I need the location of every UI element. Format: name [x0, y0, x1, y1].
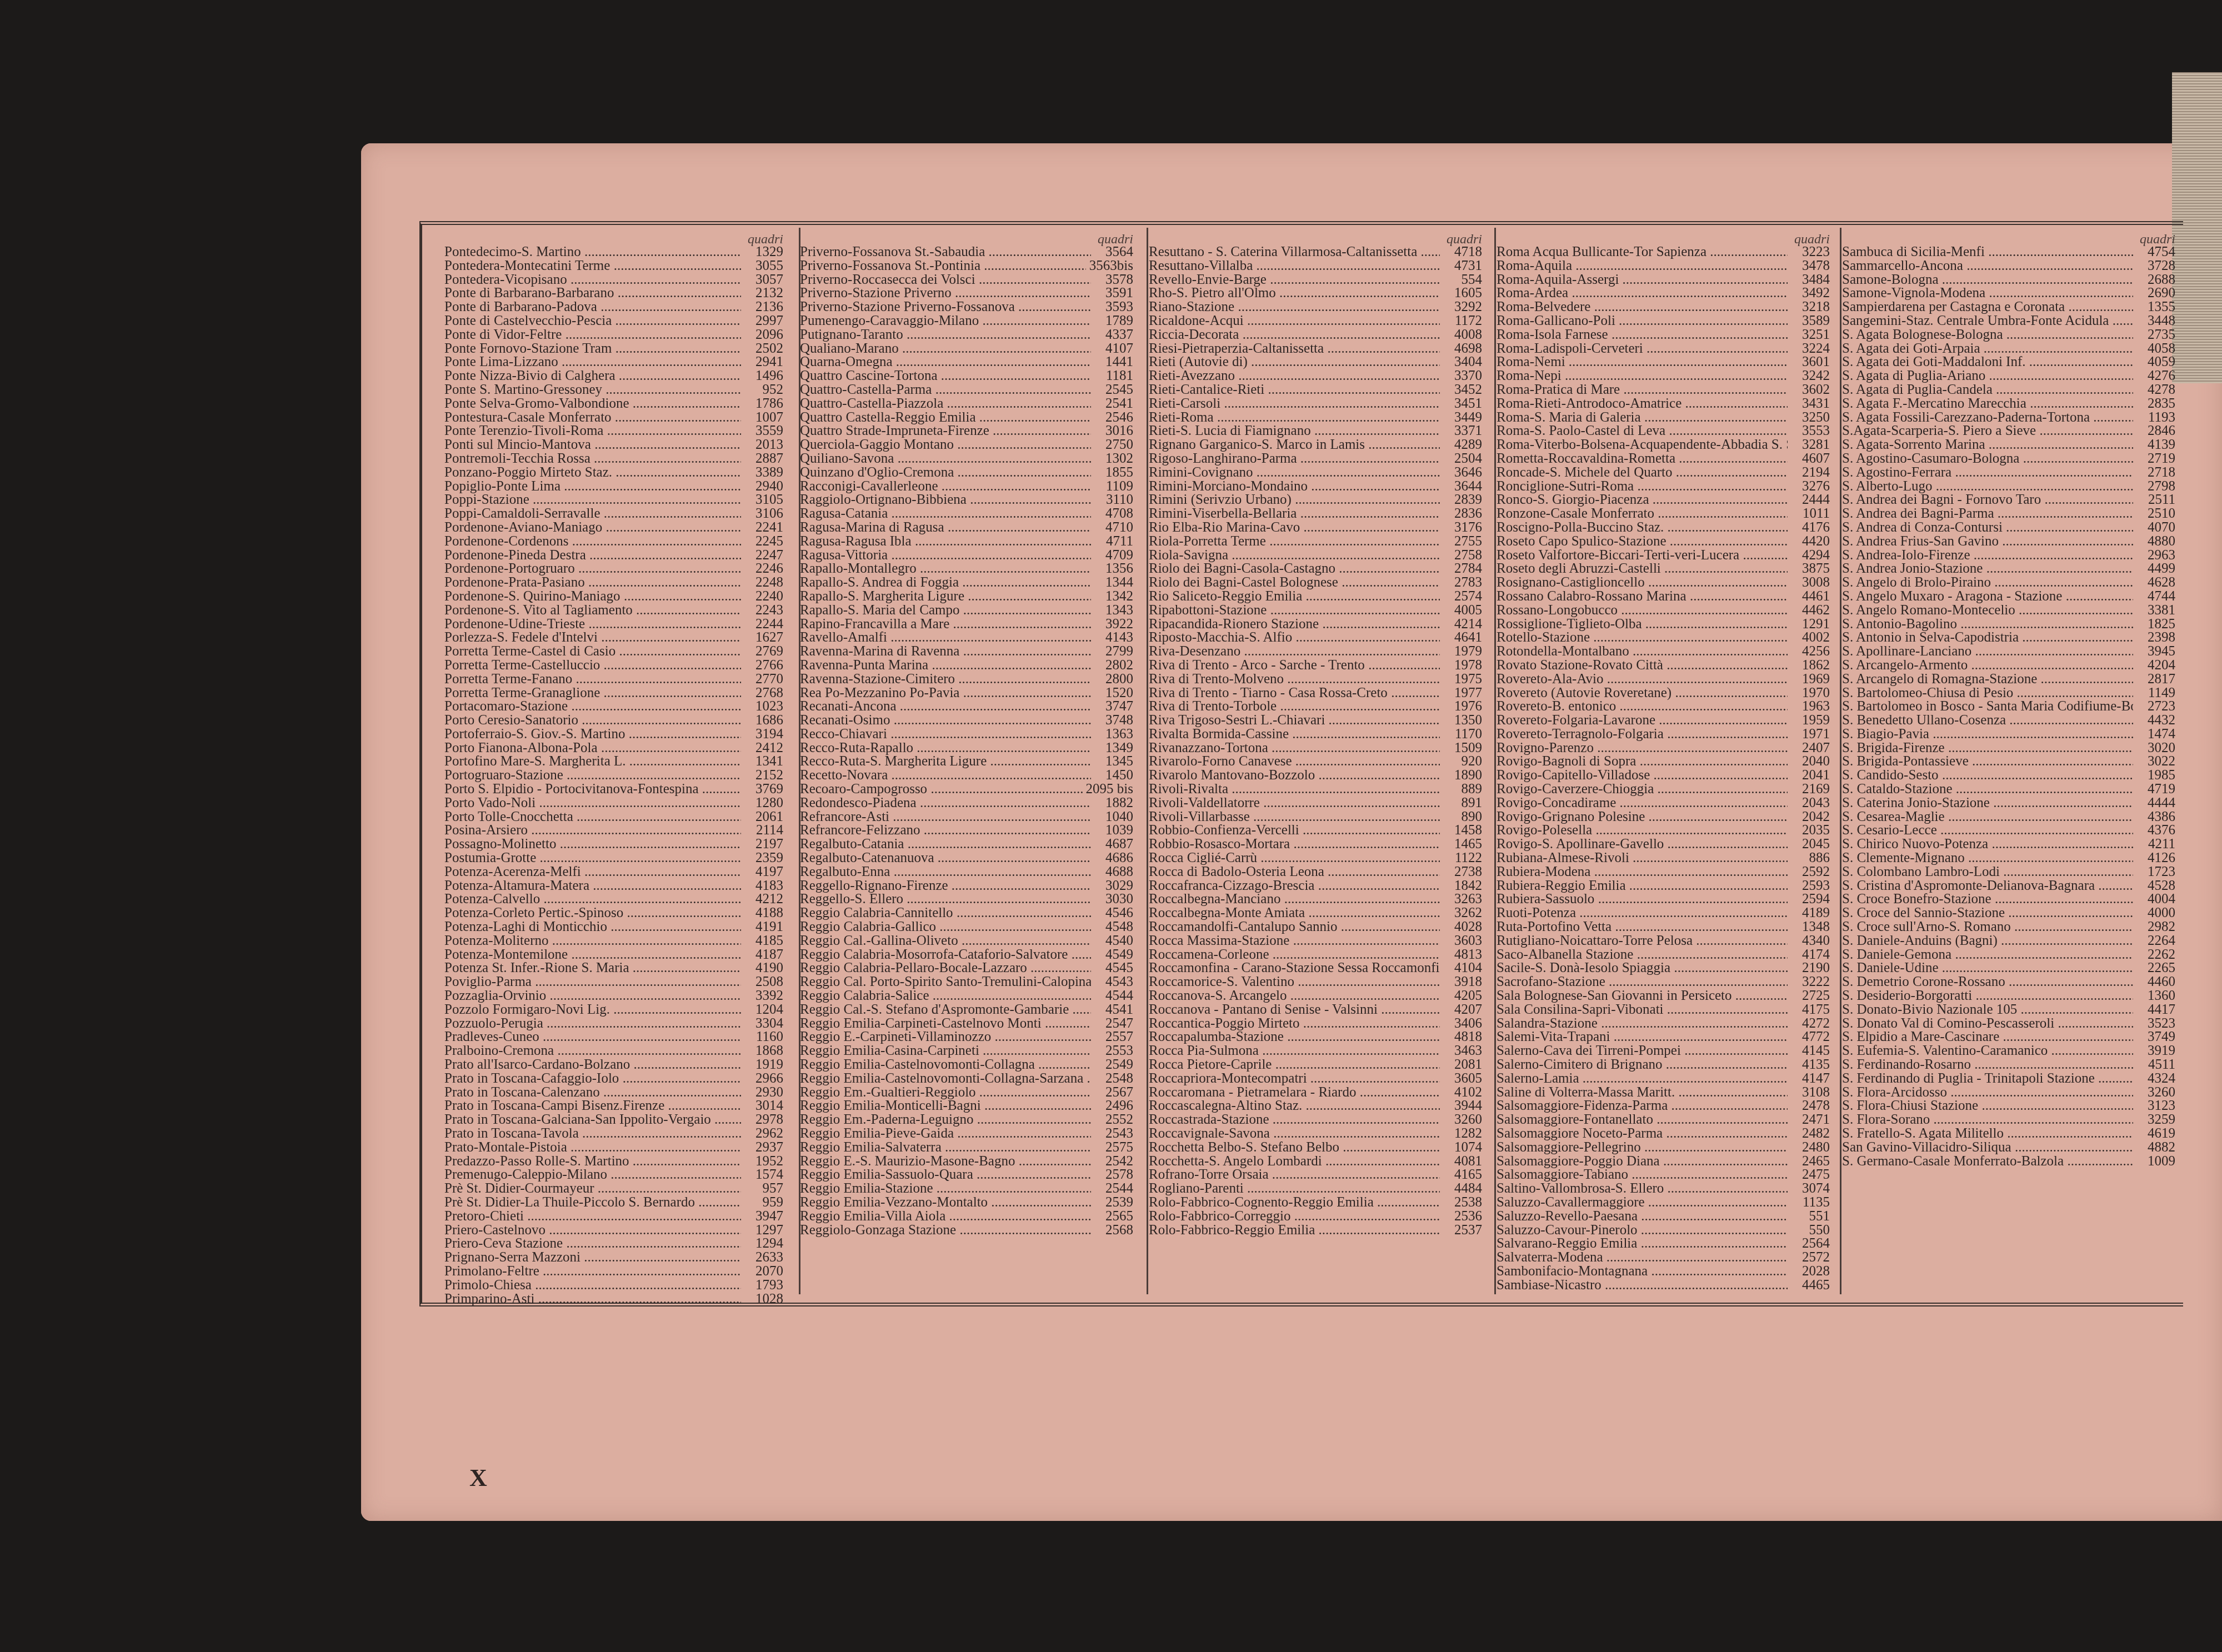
entry-quadri: 2265 [2133, 962, 2175, 975]
entry-quadri: 4709 [1091, 549, 1133, 563]
entry-quadri: 2541 [1091, 397, 1133, 411]
index-entry: Roccalbegna-Monte Amiata3262 [1149, 907, 1482, 920]
entry-quadri: 2247 [741, 549, 783, 563]
entry-name: Ragusa-Vittoria [800, 549, 1091, 563]
entry-name: Sacile-S. Donà-Iesolo Spiaggia [1497, 962, 1788, 975]
entry-name: Revello-Envie-Barge [1149, 273, 1440, 287]
entry-name: Pordenone-Portogruaro [444, 562, 741, 576]
index-entry: Poppi-Stazione3105 [444, 493, 783, 507]
index-entry: Rocca Pia-Sulmona3463 [1149, 1044, 1482, 1058]
entry-quadri: 1975 [1440, 673, 1482, 687]
entry-name: Samone-Vignola-Modena [1842, 287, 2133, 301]
entry-quadri: 4107 [1091, 342, 1133, 356]
entry-name: S. Ferdinando-Rosarno [1842, 1058, 2133, 1072]
entry-name: Sammarcello-Ancona [1842, 259, 2133, 273]
index-entry: Ravenna-Stazione-Cimitero2800 [800, 673, 1133, 687]
entry-name: Salsomaggiore-Fontanellato [1497, 1113, 1788, 1127]
index-entry: S. Arcangelo-Armento4204 [1842, 659, 2175, 673]
entry-name: Roma-Isola Farnese [1497, 328, 1788, 342]
entry-name: Potenza-Montemilone [444, 948, 741, 962]
entry-quadri: 2738 [1440, 865, 1482, 879]
index-entry: Postumia-Grotte2359 [444, 852, 783, 865]
entry-name: Potenza St. Infer.-Rione S. Maria [444, 962, 741, 975]
entry-quadri: 2846 [2133, 424, 2175, 438]
entry-quadri: 3484 [1788, 273, 1830, 287]
entry-quadri: 4708 [1091, 507, 1133, 521]
entry-name: Reggio Cal. Porto-Spirito Santo-Tremulin… [800, 975, 1091, 989]
index-entry: Roccanova - Pantano di Senise - Valsinni… [1149, 1003, 1482, 1017]
entry-name: Sangemini-Staz. Centrale Umbra-Fonte Aci… [1842, 314, 2133, 328]
entry-quadri: 3449 [1440, 411, 1482, 425]
entry-name: Potenza-Laghi di Monticchio [444, 920, 741, 934]
entry-quadri: 4772 [1788, 1030, 1830, 1044]
index-entry: Reggio Emilia-Monticelli-Bagni2496 [800, 1099, 1133, 1113]
index-entry: Roccamandolfi-Cantalupo Sannio4028 [1149, 920, 1482, 934]
entry-name: Robbio-Confienza-Vercelli [1149, 824, 1440, 838]
index-entry: Regalbuto-Catania4687 [800, 838, 1133, 852]
entry-name: S. Ferdinando di Puglia - Trinitapoli St… [1842, 1072, 2133, 1086]
column-divider [1840, 228, 1841, 1294]
index-entry: Rio Saliceto-Reggio Emilia2574 [1149, 590, 1482, 604]
entry-quadri: 2240 [741, 590, 783, 604]
entry-name: Prè St. Didier-La Thuile-Piccolo S. Bern… [444, 1196, 741, 1210]
entry-name: Ripabottoni-Stazione [1149, 604, 1440, 618]
entry-quadri: 2502 [741, 342, 783, 356]
entry-quadri: 4191 [741, 920, 783, 934]
entry-name: Pradleves-Cuneo [444, 1030, 741, 1044]
index-entry: Ruta-Portofino Vetta1348 [1497, 920, 1830, 934]
entry-name: Racconigi-Cavallerleone [800, 480, 1091, 494]
entry-quadri: 1356 [1091, 562, 1133, 576]
entry-name: Reggiolo-Gonzaga Stazione [800, 1224, 1091, 1238]
index-entry: Robbio-Rosasco-Mortara1465 [1149, 838, 1482, 852]
index-entry: Recanati-Osimo3748 [800, 714, 1133, 728]
entry-quadri: 2723 [2133, 700, 2175, 714]
index-entry: Rolo-Fabbrico-Reggio Emilia2537 [1149, 1224, 1482, 1238]
entry-name: S. Angelo Muxaro - Aragona - Stazione [1842, 590, 2133, 604]
entry-quadri: 3016 [1091, 424, 1133, 438]
index-entry: Robbio-Confienza-Vercelli1458 [1149, 824, 1482, 838]
entry-quadri: 2750 [1091, 438, 1133, 452]
entry-quadri: 4813 [1440, 948, 1482, 962]
entry-quadri: 2799 [1091, 645, 1133, 659]
index-entry: Pozzaglia-Orvinio3392 [444, 989, 783, 1003]
entry-quadri: 886 [1788, 852, 1830, 865]
index-entry: Riva-Desenzano1979 [1149, 645, 1482, 659]
entry-name: S. Cristina d'Aspromonte-Delianova-Bagna… [1842, 879, 2133, 893]
entry-quadri: 4719 [2133, 783, 2175, 797]
entry-name: Recco-Chiavari [800, 728, 1091, 742]
index-entry: Priverno-Fossanova St.-Sabaudia3564 [800, 246, 1133, 259]
index-entry: Salsomaggiore-Tabiano2475 [1497, 1168, 1830, 1182]
index-entry: Recetto-Novara1450 [800, 769, 1133, 783]
entry-quadri: 4628 [2133, 576, 2175, 590]
entry-quadri: 4185 [741, 934, 783, 948]
entry-quadri: 889 [1440, 783, 1482, 797]
entry-quadri: 2548 [1091, 1072, 1133, 1086]
entry-name: S. Agostino-Ferrara [1842, 466, 2133, 480]
entry-quadri: 2755 [1440, 535, 1482, 549]
index-entry: Roccaromana - Pietramelara - Riardo4102 [1149, 1086, 1482, 1100]
index-entry: Rieti-S. Lucia di Fiamignano3371 [1149, 424, 1482, 438]
index-entry: S. Andrea-Iolo-Firenze2963 [1842, 549, 2175, 563]
entry-name: Porretta Terme-Fanano [444, 673, 741, 687]
entry-quadri: 2511 [2133, 493, 2175, 507]
entry-quadri: 2688 [2133, 273, 2175, 287]
entry-name: Rocca Pia-Sulmona [1149, 1044, 1440, 1058]
entry-name: Reggio Emilia-Castelnovomonti-Collagna [800, 1058, 1091, 1072]
index-entry: Reggio Cal.-Gallina-Oliveto4540 [800, 934, 1133, 948]
entry-name: S. Fratello-S. Agata Militello [1842, 1127, 2133, 1141]
entry-quadri: 4731 [1440, 259, 1482, 273]
entry-quadri: 4197 [741, 865, 783, 879]
index-entry: Reggio Emilia-Carpineti-Castelnovo Monti… [800, 1017, 1133, 1031]
entry-name: Rio Saliceto-Reggio Emilia [1149, 590, 1440, 604]
entry-quadri: 4718 [1440, 246, 1482, 259]
entry-quadri: 4687 [1091, 838, 1133, 852]
entry-name: Salsomaggiore-Fidenza-Parma [1497, 1099, 1788, 1113]
index-entry: Ponzano-Poggio Mirteto Staz.3389 [444, 466, 783, 480]
entry-quadri: 4183 [741, 879, 783, 893]
entry-quadri: 2475 [1788, 1168, 1830, 1182]
index-entry: Recco-Chiavari1363 [800, 728, 1133, 742]
index-entry: Pozzolo Formigaro-Novi Lig.1204 [444, 1003, 783, 1017]
index-entry: Reggio Emilia-Castelnovomonti-Collagna25… [800, 1058, 1133, 1072]
entry-name: Rovereto (Autovie Roveretane) [1497, 687, 1788, 700]
entry-quadri: 4211 [2133, 838, 2175, 852]
entry-name: Rivoli-Villarbasse [1149, 810, 1440, 824]
index-entry: Ragusa-Ragusa Ibla4711 [800, 535, 1133, 549]
index-entry: Prignano-Serra Mazzoni2633 [444, 1251, 783, 1265]
entry-quadri: 952 [741, 383, 783, 397]
entry-name: Rolo-Fabbrico-Correggio [1149, 1210, 1440, 1224]
entry-name: Pozzuolo-Perugia [444, 1017, 741, 1031]
entry-quadri: 4462 [1788, 604, 1830, 618]
index-entry: Primolano-Feltre2070 [444, 1265, 783, 1279]
entry-quadri: 1458 [1440, 824, 1482, 838]
entry-name: Rosignano-Castiglioncello [1497, 576, 1788, 590]
entry-name: Roma-S. Paolo-Castel di Leva [1497, 424, 1788, 438]
index-entry: Roccamena-Corleone4813 [1149, 948, 1482, 962]
entry-quadri: 3242 [1788, 369, 1830, 383]
entry-name: Pordenone-Prata-Pasiano [444, 576, 741, 590]
index-entry: Rivarolo Mantovano-Bozzolo1890 [1149, 769, 1482, 783]
entry-name: S. Croce Bonefro-Stazione [1842, 893, 2133, 907]
index-entry: San Gavino-Villacidro-Siliqua4882 [1842, 1141, 2175, 1155]
index-entry: Rapallo-S. Maria del Campo1343 [800, 604, 1133, 618]
index-entry: Roma-Pratica di Mare3602 [1497, 383, 1830, 397]
index-entry: S. Angelo di Brolo-Piraino4628 [1842, 576, 2175, 590]
entry-quadri: 4417 [2133, 1003, 2175, 1017]
entry-quadri: 3922 [1091, 618, 1133, 632]
entry-quadri: 1039 [1091, 824, 1133, 838]
index-entry: Primparino-Asti1028 [444, 1293, 783, 1306]
entry-quadri: 4882 [2133, 1141, 2175, 1155]
index-entry: Salvarano-Reggio Emilia2564 [1497, 1237, 1830, 1251]
entry-name: Rimini-Morciano-Mondaino [1149, 480, 1440, 494]
index-entry: Ponte S. Martino-Gressoney952 [444, 383, 783, 397]
entry-quadri: 2095 bis [1083, 783, 1133, 797]
entry-quadri: 1977 [1440, 687, 1482, 700]
index-entry: Pontremoli-Tecchia Rossa2887 [444, 452, 783, 466]
entry-quadri: 2045 [1788, 838, 1830, 852]
entry-name: Regalbuto-Enna [800, 865, 1091, 879]
entry-quadri: 2802 [1091, 659, 1133, 673]
entry-name: Ponte Nizza-Bivio di Calghera [444, 369, 741, 383]
entry-quadri: 3108 [1788, 1086, 1830, 1100]
entry-quadri: 1282 [1440, 1127, 1482, 1141]
entry-name: Roccamorice-S. Valentino [1149, 975, 1440, 989]
entry-name: Sambuca di Sicilia-Menfi [1842, 246, 2133, 259]
entry-name: Pordenone-S. Vito al Tagliamento [444, 604, 741, 618]
index-entry: Samone-Vignola-Modena2690 [1842, 287, 2175, 301]
entry-name: Rivoli-Valdellatorre [1149, 797, 1440, 810]
entry-name: Primparino-Asti [444, 1293, 741, 1306]
entry-quadri: 4376 [2133, 824, 2175, 838]
index-entry: Rivalta Bormida-Cassine1170 [1149, 728, 1482, 742]
index-entry: Quattro-Castella-Parma2545 [800, 383, 1133, 397]
entry-quadri: 2719 [2133, 452, 2175, 466]
entry-quadri: 4081 [1440, 1155, 1482, 1169]
index-entry: Potenza St. Infer.-Rione S. Maria4190 [444, 962, 783, 975]
entry-name: Rubiera-Modena [1497, 865, 1788, 879]
entry-quadri: 4070 [2133, 521, 2175, 535]
entry-name: Poviglio-Parma [444, 975, 741, 989]
entry-quadri: 3260 [1440, 1113, 1482, 1127]
entry-name: S. Colombano Lambro-Lodi [1842, 865, 2133, 879]
index-column-2: quadriPriverno-Fossanova St.-Sabaudia356… [800, 233, 1133, 1289]
index-entry: Ponte Lima-Lizzano2941 [444, 356, 783, 369]
entry-quadri: 4165 [1440, 1168, 1482, 1182]
index-entry: Refrancore-Felizzano1039 [800, 824, 1133, 838]
entry-name: Roccaromana - Pietramelara - Riardo [1149, 1086, 1440, 1100]
column-header: quadri [1149, 233, 1482, 246]
entry-name: Potenza-Moliterno [444, 934, 741, 948]
entry-quadri: 3919 [2133, 1044, 2175, 1058]
index-entry: Ripabottoni-Stazione4005 [1149, 604, 1482, 618]
index-entry: S. Cesario-Lecce4376 [1842, 824, 2175, 838]
entry-name: Saco-Albanella Stazione [1497, 948, 1788, 962]
entry-name: Roma-Aquila [1497, 259, 1788, 273]
index-entry: Prè St. Didier-Courmayeur957 [444, 1182, 783, 1196]
entry-name: Rotondella-Montalbano [1497, 645, 1788, 659]
entry-quadri: 1970 [1788, 687, 1830, 700]
entry-quadri: 4214 [1440, 618, 1482, 632]
entry-name: Roccapalumba-Stazione [1149, 1030, 1440, 1044]
entry-quadri: 4276 [2133, 369, 2175, 383]
index-entry: Pradleves-Cuneo1160 [444, 1030, 783, 1044]
entry-quadri: 3918 [1440, 975, 1482, 989]
entry-name: Reggio E.-S. Maurizio-Masone-Bagno [800, 1155, 1091, 1169]
entry-name: Salerno-Lamia [1497, 1072, 1788, 1086]
entry-name: Porto Ceresio-Sanatorio [444, 714, 741, 728]
index-entry: Riva di Trento-Torbole1976 [1149, 700, 1482, 714]
index-entry: Rimini-Morciano-Mondaino3644 [1149, 480, 1482, 494]
entry-name: Salandra-Stazione [1497, 1017, 1788, 1031]
entry-quadri: 3947 [741, 1210, 783, 1224]
index-entry: Riolo dei Bagni-Casola-Castagno2784 [1149, 562, 1482, 576]
entry-name: Prè St. Didier-Courmayeur [444, 1182, 741, 1196]
entry-quadri: 4484 [1440, 1182, 1482, 1196]
entry-quadri: 3194 [741, 728, 783, 742]
entry-quadri: 957 [741, 1182, 783, 1196]
entry-quadri: 1890 [1440, 769, 1482, 783]
entry-name: Ponte Fornovo-Stazione Tram [444, 342, 741, 356]
index-entry: Rieti (Autovie di)3404 [1149, 356, 1482, 369]
entry-name: Roseto degli Abruzzi-Castelli [1497, 562, 1788, 576]
index-entry: Pozzuolo-Perugia3304 [444, 1017, 783, 1031]
index-entry: Rofrano-Torre Orsaia4165 [1149, 1168, 1482, 1182]
entry-name: Porretta Terme-Granaglione [444, 687, 741, 700]
entry-quadri: 2770 [741, 673, 783, 687]
index-entry: S. Apollinare-Lanciano3945 [1842, 645, 2175, 659]
entry-quadri: 1627 [741, 631, 783, 645]
entry-quadri: 1011 [1788, 507, 1830, 521]
entry-name: Rubiera-Reggio Emilia [1497, 879, 1788, 893]
index-entry: Roccastrada-Stazione3260 [1149, 1113, 1482, 1127]
index-entry: Roma Acqua Bullicante-Tor Sapienza3223 [1497, 246, 1830, 259]
index-entry: Rigoso-Langhirano-Parma2504 [1149, 452, 1482, 466]
entry-name: Portogruaro-Stazione [444, 769, 741, 783]
entry-quadri: 2564 [1788, 1237, 1830, 1251]
entry-quadri: 3218 [1788, 301, 1830, 314]
entry-quadri: 3222 [1788, 975, 1830, 989]
entry-quadri: 3451 [1440, 397, 1482, 411]
index-entry: Roseto Valfortore-Biccari-Terti-veri-Luc… [1497, 549, 1830, 563]
index-entry: Rieti-Avezzano3370 [1149, 369, 1482, 383]
entry-quadri: 4744 [2133, 590, 2175, 604]
index-entry: S. Caterina Jonio-Stazione4444 [1842, 797, 2175, 810]
entry-name: Quinzano d'Oglio-Cremona [800, 466, 1091, 480]
entry-name: Rovereto-Folgaria-Lavarone [1497, 714, 1788, 728]
index-entry: Sambonifacio-Montagnana2028 [1497, 1265, 1830, 1279]
entry-name: Priverno-Stazione Priverno-Fossanova [800, 301, 1091, 314]
entry-name: Primolano-Feltre [444, 1265, 741, 1279]
index-entry: Ponte Terenzio-Tivoli-Roma3559 [444, 424, 783, 438]
entry-quadri: 959 [741, 1196, 783, 1210]
index-entry: Sangemini-Staz. Centrale Umbra-Fonte Aci… [1842, 314, 2175, 328]
entry-quadri: 4272 [1788, 1017, 1830, 1031]
index-entry: Ponte di Vidor-Feltre2096 [444, 328, 783, 342]
entry-quadri: 1135 [1788, 1196, 1830, 1210]
entry-name: Resuttano - S. Caterina Villarmosa-Calta… [1149, 246, 1440, 259]
entry-name: Reggio Calabria-Pellaro-Bocale-Lazzaro [800, 962, 1091, 975]
entry-name: Pretoro-Chieti [444, 1210, 741, 1224]
entry-quadri: 4008 [1440, 328, 1482, 342]
entry-quadri: 4544 [1091, 989, 1133, 1003]
entry-quadri: 1465 [1440, 838, 1482, 852]
entry-name: Recanati-Osimo [800, 714, 1091, 728]
index-entry: Poppi-Camaldoli-Serravalle3106 [444, 507, 783, 521]
index-entry: Samone-Bologna2688 [1842, 273, 2175, 287]
entry-quadri: 4176 [1788, 521, 1830, 535]
entry-name: Porlezza-S. Fedele d'Intelvi [444, 631, 741, 645]
entry-quadri: 2798 [2133, 480, 2175, 494]
entry-name: Prato-Montale-Pistoia [444, 1141, 741, 1155]
index-entry: Rovigno-Parenzo2407 [1497, 742, 1830, 755]
index-entry: Potenza-Acerenza-Melfi4197 [444, 865, 783, 879]
index-entry: Roma-Ladispoli-Cerveteri3224 [1497, 342, 1830, 356]
index-entry: S. Donato Val di Comino-Pescasseroli3523 [1842, 1017, 2175, 1031]
entry-quadri: 2480 [1788, 1141, 1830, 1155]
entry-quadri: 1509 [1440, 742, 1482, 755]
entry-quadri: 3945 [2133, 645, 2175, 659]
entry-name: Roma-Nemi [1497, 356, 1788, 369]
entry-quadri: 2690 [2133, 287, 2175, 301]
index-entry: Pontedera-Montecatini Terme3055 [444, 259, 783, 273]
index-entry: S. Agata dei Goti-Maddaloni Inf.4059 [1842, 356, 2175, 369]
index-entry: Roma-Aquila3478 [1497, 259, 1830, 273]
entry-quadri: 2766 [741, 659, 783, 673]
entry-quadri: 550 [1788, 1224, 1830, 1238]
entry-quadri: 2545 [1091, 383, 1133, 397]
index-entry: Refrancore-Asti1040 [800, 810, 1133, 824]
entry-quadri: 4143 [1091, 631, 1133, 645]
entry-quadri: 2412 [741, 742, 783, 755]
entry-name: S. Agata di Puglia-Candela [1842, 383, 2133, 397]
entry-quadri: 4188 [741, 907, 783, 920]
entry-quadri: 1862 [1788, 659, 1830, 673]
entry-name: Posina-Arsiero [444, 824, 741, 838]
index-entry: Pordenone-Prata-Pasiano2248 [444, 576, 783, 590]
entry-quadri: 4698 [1440, 342, 1482, 356]
entry-quadri: 2152 [741, 769, 783, 783]
entry-name: Reggio Emilia-Castelnovomonti-Collagna-S… [800, 1072, 1091, 1086]
entry-quadri: 4686 [1091, 852, 1133, 865]
index-entry: Salsomaggiore-Poggio Diana2465 [1497, 1155, 1830, 1169]
entry-name: Roma-Nepi [1497, 369, 1788, 383]
index-entry: Primolo-Chiesa1793 [444, 1279, 783, 1293]
entry-name: Reggio Em.-Gualtieri-Reggiolo [800, 1086, 1091, 1100]
index-entry: Qualiano-Marano4107 [800, 342, 1133, 356]
entry-quadri: 1450 [1091, 769, 1133, 783]
entry-quadri: 3404 [1440, 356, 1482, 369]
index-entry: Roseto degli Abruzzi-Castelli3875 [1497, 562, 1830, 576]
entry-quadri: 4711 [1091, 535, 1133, 549]
entry-name: Possagno-Molinetto [444, 838, 741, 852]
index-column-4: quadriRoma Acqua Bullicante-Tor Sapienza… [1497, 233, 1830, 1289]
column-header: quadri [444, 233, 783, 246]
entry-name: Rovereto-B. entonico [1497, 700, 1788, 714]
index-entry: Reggello-S. Ellero3030 [800, 893, 1133, 907]
index-entry: S. Andrea dei Bagni-Parma2510 [1842, 507, 2175, 521]
entry-quadri: 2040 [1788, 755, 1830, 769]
index-entry: Rea Po-Mezzanino Po-Pavia1520 [800, 687, 1133, 700]
entry-quadri: 1842 [1440, 879, 1482, 893]
entry-name: Riesi-Pietraperzia-Caltanissetta [1149, 342, 1440, 356]
entry-name: Prato in Toscana-Cafaggio-Iolo [444, 1072, 741, 1086]
entry-name: Roma-Belvedere [1497, 301, 1788, 314]
entry-quadri: 3110 [1091, 493, 1133, 507]
index-entry: Rovato Stazione-Rovato Città1862 [1497, 659, 1830, 673]
index-entry: Rocchetta Belbo-S. Stefano Belbo1074 [1149, 1141, 1482, 1155]
index-entry: Ravenna-Punta Marina2802 [800, 659, 1133, 673]
entry-name: Reggio Emilia-Pieve-Gaida [800, 1127, 1091, 1141]
entry-name: Riva di Trento - Arco - Sarche - Trento [1149, 659, 1440, 673]
entry-quadri: 4548 [1091, 920, 1133, 934]
entry-quadri: 2542 [1091, 1155, 1133, 1169]
index-entry: Prato in Toscana-Galciana-San Ippolito-V… [444, 1113, 783, 1127]
index-entry: Roccafranca-Cizzago-Brescia1842 [1149, 879, 1482, 893]
index-entry: Querciola-Gaggio Montano2750 [800, 438, 1133, 452]
entry-name: Riva di Trento-Torbole [1149, 700, 1440, 714]
entry-quadri: 1976 [1440, 700, 1482, 714]
index-entry: S. Croce Bonefro-Stazione4004 [1842, 893, 2175, 907]
index-entry: S.Agata-Scarperia-S. Piero a Sieve2846 [1842, 424, 2175, 438]
index-entry: Reggio Cal.-S. Stefano d'Aspromonte-Gamb… [800, 1003, 1133, 1017]
entry-name: Ponte S. Martino-Gressoney [444, 383, 741, 397]
index-entry: S. Benedetto Ullano-Cosenza4432 [1842, 714, 2175, 728]
